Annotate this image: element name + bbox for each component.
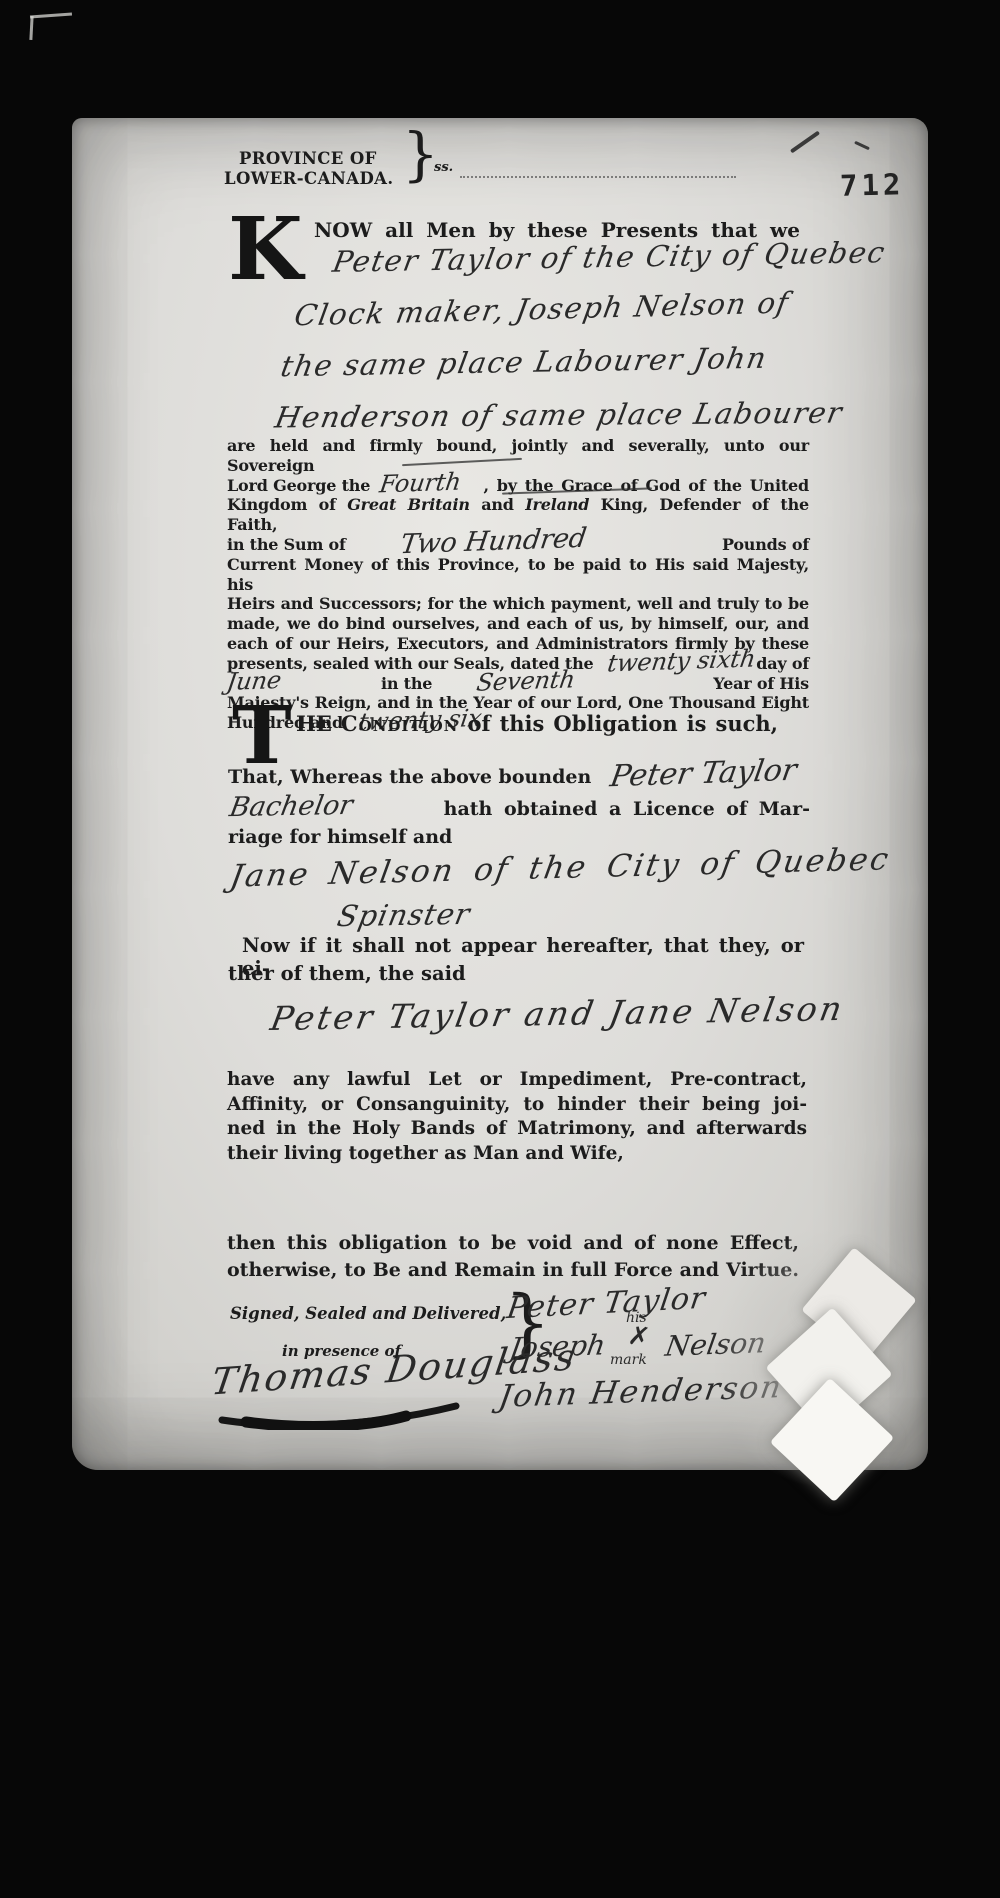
- bond-line: Heirs and Successors; for the which paym…: [227, 594, 809, 614]
- pen-mark: [854, 141, 870, 150]
- bond-text: Pounds of: [722, 535, 809, 555]
- signed-sealed-label: Signed, Sealed and Delivered,: [230, 1304, 506, 1323]
- bond-line: are held and firmly bound, jointly and s…: [227, 436, 809, 476]
- condition-he: HE: [296, 711, 341, 736]
- lawful-line: their living together as Man and Wife,: [227, 1142, 807, 1167]
- now-line2: ther of them, the said: [228, 962, 466, 985]
- province-line2: LOWER-CANADA.: [224, 169, 394, 189]
- lawful-line: ned in the Holy Bands of Matrimony, and …: [227, 1117, 807, 1142]
- scan-background: PROVINCE OF LOWER-CANADA. } ss. 712 K NO…: [0, 0, 1000, 1898]
- handwritten-couple-names: Peter Taylor and Jane Nelson: [268, 989, 848, 1038]
- condition-heading: HE Condition of this Obligation is such,: [296, 711, 778, 736]
- hath-text: hath obtained a Licence of Mar-: [444, 798, 810, 820]
- dropcap-t: T: [232, 704, 292, 766]
- handwritten-regnal-year: Seventh: [476, 673, 576, 688]
- province-heading: PROVINCE OF LOWER-CANADA.: [224, 149, 394, 189]
- condition-word: Condition: [341, 711, 458, 736]
- pen-mark: [790, 131, 820, 154]
- handwritten-king-number: Fourth: [379, 475, 462, 490]
- bond-text: Kingdom of: [227, 495, 347, 514]
- bond-line: Current Money of this Province, to be pa…: [227, 555, 809, 595]
- ss-abbreviation: ss.: [434, 160, 453, 175]
- handwritten-party-line: Henderson of same place Labourer: [272, 396, 846, 435]
- riage-line: riage for himself and: [228, 826, 452, 848]
- handwritten-bachelor: Bachelor: [229, 799, 354, 815]
- handwritten-bride-line: Jane Nelson of the City of Quebec: [227, 841, 893, 894]
- lawful-line: have any lawful Let or Impediment, Pre-c…: [227, 1068, 807, 1093]
- signature-flourish: [216, 1400, 466, 1430]
- bond-text: Lord George the: [227, 476, 370, 496]
- whereas-text: That, Whereas the above bounden: [228, 766, 591, 788]
- film-scratch: [29, 16, 33, 40]
- bond-text-italic: Ireland: [525, 495, 589, 514]
- handwritten-month: June: [226, 674, 282, 688]
- bachelor-line: Bachelor hath obtained a Licence of Mar-: [230, 798, 810, 820]
- handwritten-groom-name: Peter Taylor: [610, 764, 798, 784]
- bond-line: June in the Seventh Year of His: [227, 674, 809, 694]
- bond-text: day of: [756, 654, 809, 674]
- handwritten-sum: Two Hundred: [399, 533, 586, 551]
- film-scratch: [30, 13, 72, 19]
- bond-text: and: [470, 495, 525, 514]
- document-page: PROVINCE OF LOWER-CANADA. } ss. 712 K NO…: [72, 118, 928, 1470]
- dropcap-k: K: [228, 216, 303, 283]
- bond-text: in the: [381, 674, 432, 694]
- handwritten-spinster: Spinster: [334, 897, 473, 933]
- bond-text-italic: Great Britain: [347, 495, 470, 514]
- handwritten-party-line: the same place Labourer John: [278, 341, 770, 383]
- bond-text: Year of His: [713, 674, 809, 694]
- header-brace: }: [402, 120, 439, 188]
- handwritten-party-line: Clock maker, Joseph Nelson of: [292, 286, 792, 333]
- whereas-line: That, Whereas the above bounden Peter Ta…: [228, 766, 810, 788]
- mark-x: ✗: [626, 1321, 652, 1354]
- province-line1: PROVINCE OF: [224, 149, 394, 169]
- lawful-line: Affinity, or Consanguinity, to hinder th…: [227, 1093, 807, 1118]
- bond-paragraph: are held and firmly bound, jointly and s…: [227, 436, 809, 733]
- bond-text: in the Sum of: [227, 535, 346, 555]
- lawful-paragraph: have any lawful Let or Impediment, Pre-c…: [227, 1068, 807, 1166]
- void-line: then this obligation to be void and of n…: [227, 1230, 799, 1257]
- page-number: 712: [840, 167, 905, 203]
- dotted-rule: [460, 176, 736, 178]
- in-presence-label: in presence of: [282, 1342, 401, 1360]
- condition-rest: of this Obligation is such,: [458, 711, 778, 736]
- handwritten-day: twenty sixth: [606, 652, 755, 669]
- bond-line: in the Sum of Two Hundred Pounds of: [227, 535, 809, 555]
- mark-label: mark: [610, 1352, 647, 1368]
- void-paragraph: then this obligation to be void and of n…: [227, 1230, 799, 1284]
- bond-line: made, we do bind ourselves, and each of …: [227, 614, 809, 634]
- his-mark-cluster: his ✗ mark: [610, 1310, 670, 1374]
